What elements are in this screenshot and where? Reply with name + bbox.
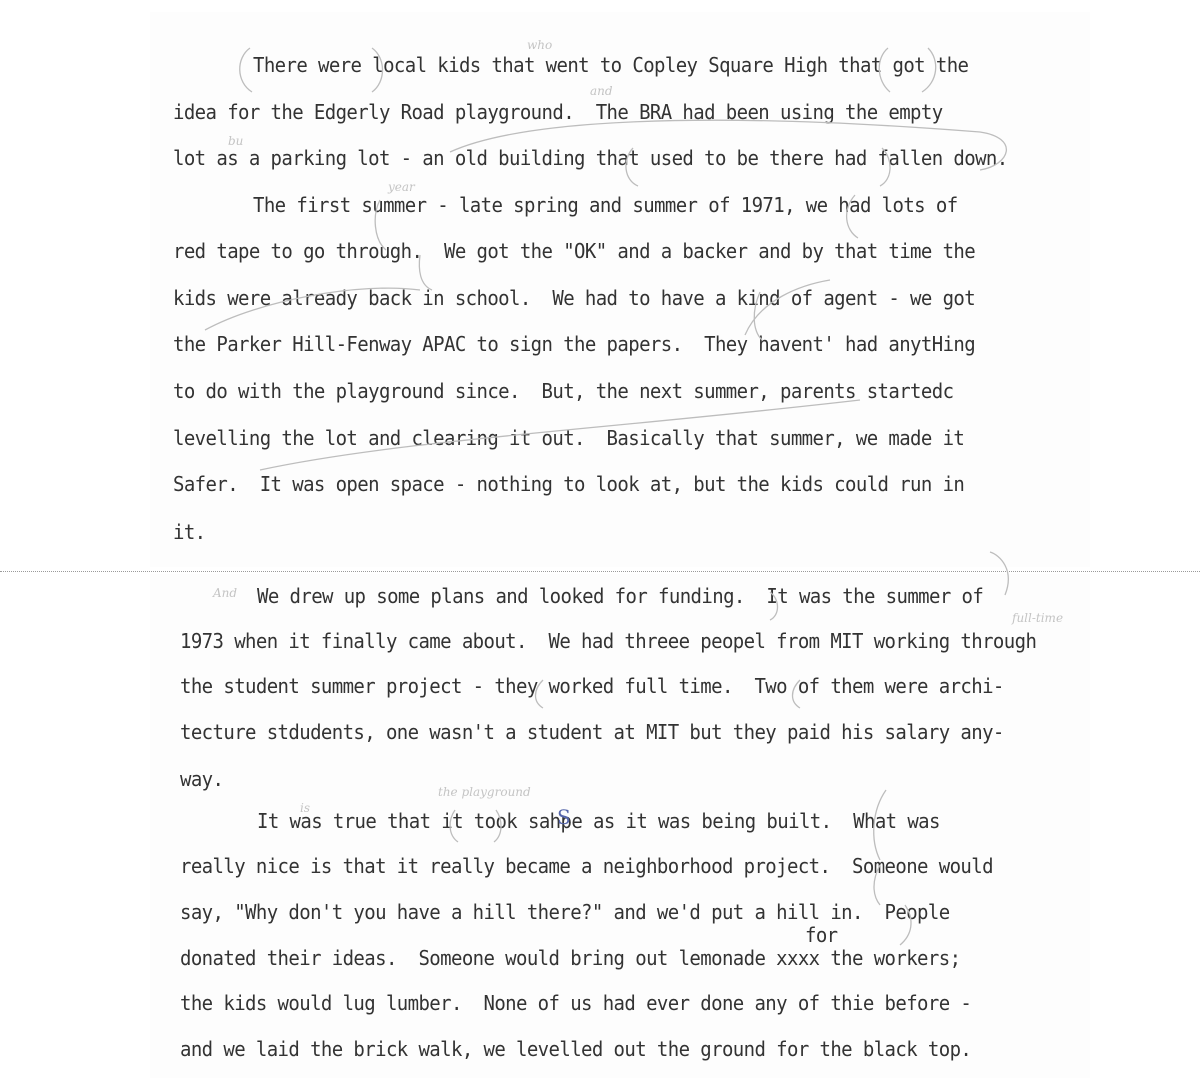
handwritten-annotation: who <box>527 38 552 52</box>
text-line: the Parker Hill-Fenway APAC to sign the … <box>173 335 975 356</box>
handwritten-annotation: full-time <box>1012 611 1063 625</box>
text-line: idea for the Edgerly Road playground. Th… <box>173 103 943 124</box>
text-line: tecture stdudents, one wasn't a student … <box>180 723 1004 744</box>
typed-insertion: for <box>805 926 838 947</box>
text-line: say, "Why don't you have a hill there?" … <box>180 903 950 924</box>
text-line: There were local kids that went to Cople… <box>253 56 968 77</box>
handwritten-annotation: year <box>388 180 415 194</box>
text-line: lot as a parking lot - an old building t… <box>173 149 1008 170</box>
handwritten-annotation: bu <box>228 134 243 148</box>
handwritten-annotation: and <box>590 84 613 98</box>
text-line: it. <box>173 523 206 544</box>
handwritten-correction: S <box>557 805 571 829</box>
text-line: Safer. It was open space - nothing to lo… <box>173 475 964 496</box>
text-line: way. <box>180 770 223 791</box>
text-line: 1973 when it finally came about. We had … <box>180 632 1036 653</box>
page-divider <box>0 571 1200 572</box>
text-line: donated their ideas. Someone would bring… <box>180 949 960 970</box>
text-line: the student summer project - they worked… <box>180 677 1004 698</box>
text-line: levelling the lot and clearing it out. B… <box>173 429 964 450</box>
text-line: the kids would lug lumber. None of us ha… <box>180 994 971 1015</box>
text-line: We drew up some plans and looked for fun… <box>257 587 983 608</box>
text-line: kids were already back in school. We had… <box>173 289 975 310</box>
text-line: really nice is that it really became a n… <box>180 857 993 878</box>
text-line: and we laid the brick walk, we levelled … <box>180 1040 971 1061</box>
handwritten-annotation: the playground <box>438 785 531 799</box>
text-line: red tape to go through. We got the "OK" … <box>173 242 975 263</box>
text-line: The first summer - late spring and summe… <box>253 196 958 217</box>
text-line: to do with the playground since. But, th… <box>173 382 953 403</box>
handwritten-annotation: is <box>300 801 310 815</box>
text-line: It was true that it took sahpe as it was… <box>257 812 940 833</box>
handwritten-annotation: And <box>213 586 237 600</box>
